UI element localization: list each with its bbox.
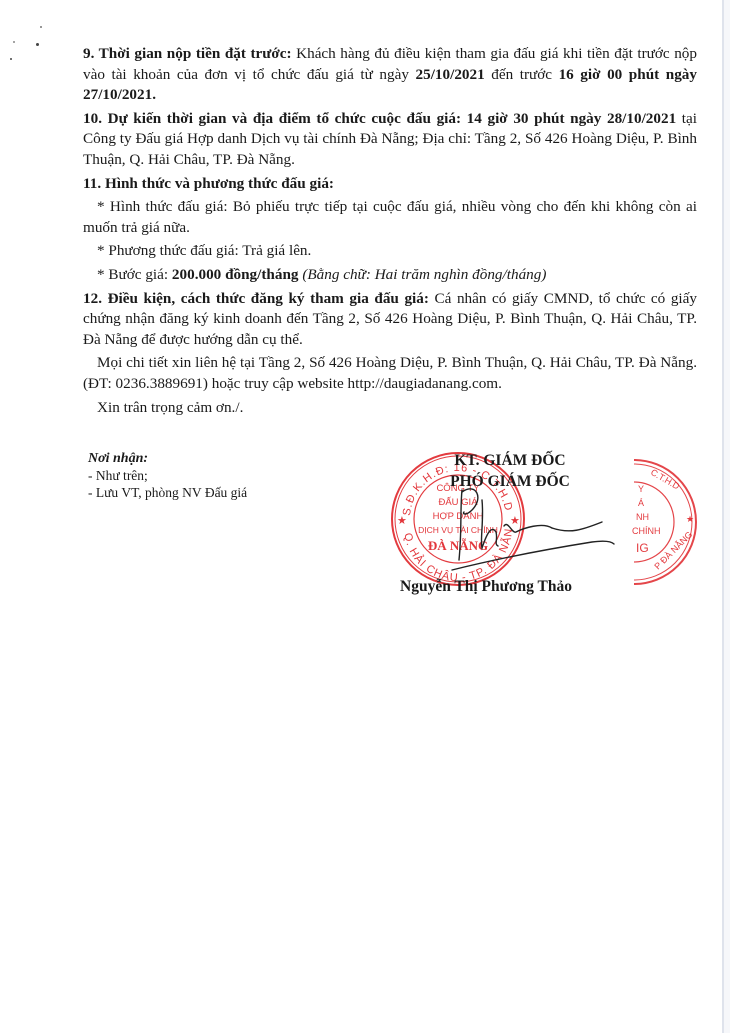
auction-method: * Phương thức đấu giá: Trả giá lên. <box>83 241 697 262</box>
scan-edge-shade <box>724 0 730 1033</box>
section-11-heading: 11. Hình thức và phương thức đấu giá: <box>83 174 697 195</box>
bid-step-label: * Bước giá: <box>97 266 172 283</box>
section-12: 12. Điều kiện, cách thức đăng ký tham gi… <box>83 289 697 351</box>
svg-text:C.T.H.D: C.T.H.D <box>649 467 682 492</box>
bid-step: * Bước giá: 200.000 đồng/tháng (Bằng chữ… <box>83 265 697 286</box>
closing-line: Xin trân trọng cảm ơn./. <box>83 398 697 419</box>
scan-speck <box>36 43 39 46</box>
scan-speck <box>13 41 15 43</box>
section-heading: 9. Thời gian nộp tiền đặt trước: <box>83 45 292 62</box>
recipients-block: Nơi nhận: - Như trên; - Lưu VT, phòng NV… <box>88 450 247 501</box>
signatory-role: PHÓ GIÁM ĐỐC <box>395 471 625 492</box>
recipient-item: - Lưu VT, phòng NV Đấu giá <box>88 484 247 501</box>
svg-text:★: ★ <box>686 514 694 524</box>
contact-info: Mọi chi tiết xin liên hệ tại Tầng 2, Số … <box>83 353 697 394</box>
svg-text:★: ★ <box>397 515 407 527</box>
document-body: 9. Thời gian nộp tiền đặt trước: Khách h… <box>83 44 697 421</box>
recipients-title: Nơi nhận: <box>88 450 247 467</box>
bid-step-words: (Bằng chữ: Hai trăm nghìn đồng/tháng) <box>299 266 547 283</box>
section-10: 10. Dự kiến thời gian và địa điểm tổ chứ… <box>83 109 697 171</box>
scan-speck <box>40 26 42 28</box>
section-text: đến trước <box>485 66 559 83</box>
section-9: 9. Thời gian nộp tiền đặt trước: Khách h… <box>83 44 697 106</box>
section-heading: 12. Điều kiện, cách thức đăng ký tham gi… <box>83 290 429 307</box>
signatory-title: KT. GIÁM ĐỐC <box>395 450 625 471</box>
recipient-item: - Như trên; <box>88 467 247 484</box>
signature-block: KT. GIÁM ĐỐC PHÓ GIÁM ĐỐC <box>385 450 625 492</box>
deposit-date-from: 25/10/2021 <box>416 66 485 83</box>
scan-speck <box>10 58 12 60</box>
bid-step-value: 200.000 đồng/tháng <box>172 266 299 283</box>
signatory-name: Nguyễn Thị Phương Thảo <box>400 578 572 596</box>
section-heading: 10. Dự kiến thời gian và địa điểm tổ chứ… <box>83 110 676 127</box>
auction-form: * Hình thức đấu giá: Bỏ phiếu trực tiếp … <box>83 197 697 238</box>
